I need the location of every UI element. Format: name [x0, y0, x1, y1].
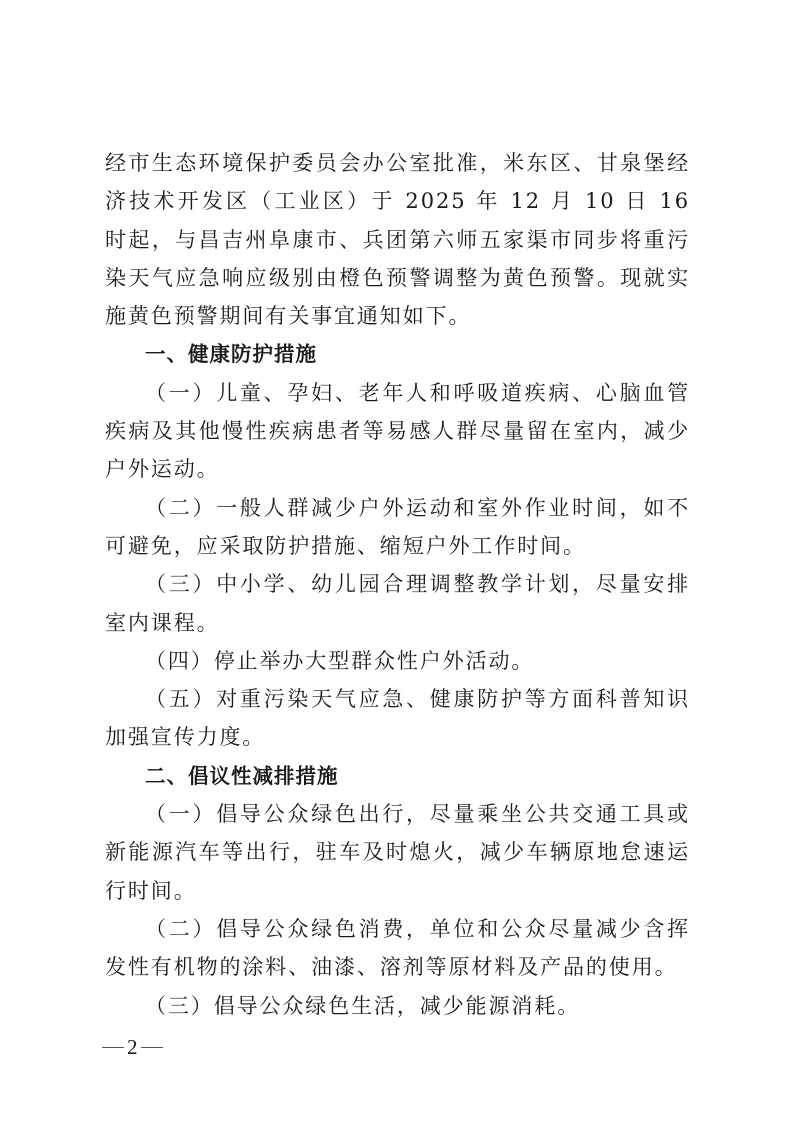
dash-left	[102, 1047, 124, 1048]
page-number: 2	[127, 1035, 138, 1060]
emission-item-1: （一）倡导公众绿色出行，尽量乘坐公共交通工具或新能源汽车等出行，驻车及时熄火，减…	[105, 795, 690, 910]
health-item-3: （三）中小学、幼儿园合理调整教学计划，尽量安排室内课程。	[105, 565, 690, 642]
intro-paragraph: 经市生态环境保护委员会办公室批准，米东区、甘泉堡经济技术开发区（工业区）于 20…	[105, 144, 690, 335]
page-number-footer: 2	[102, 1035, 163, 1060]
section-heading-health-protection: 一、健康防护措施	[105, 335, 690, 373]
dash-right	[141, 1047, 163, 1048]
health-item-2: （二）一般人群减少户外运动和室外作业时间，如不可避免，应采取防护措施、缩短户外工…	[105, 489, 690, 566]
health-item-5: （五）对重污染天气应急、健康防护等方面科普知识加强宣传力度。	[105, 680, 690, 757]
document-page: 经市生态环境保护委员会办公室批准，米东区、甘泉堡经济技术开发区（工业区）于 20…	[0, 0, 793, 1122]
emission-item-3: （三）倡导公众绿色生活，减少能源消耗。	[105, 987, 690, 1025]
emission-item-2: （二）倡导公众绿色消费，单位和公众尽量减少含挥发性有机物的涂料、油漆、溶剂等原材…	[105, 910, 690, 987]
health-item-4: （四）停止举办大型群众性户外活动。	[105, 642, 690, 680]
document-body: 经市生态环境保护委员会办公室批准，米东区、甘泉堡经济技术开发区（工业区）于 20…	[105, 144, 690, 1025]
health-item-1: （一）儿童、孕妇、老年人和呼吸道疾病、心脑血管疾病及其他慢性疾病患者等易感人群尽…	[105, 374, 690, 489]
section-heading-emission-reduction: 二、倡议性减排措施	[105, 757, 690, 795]
